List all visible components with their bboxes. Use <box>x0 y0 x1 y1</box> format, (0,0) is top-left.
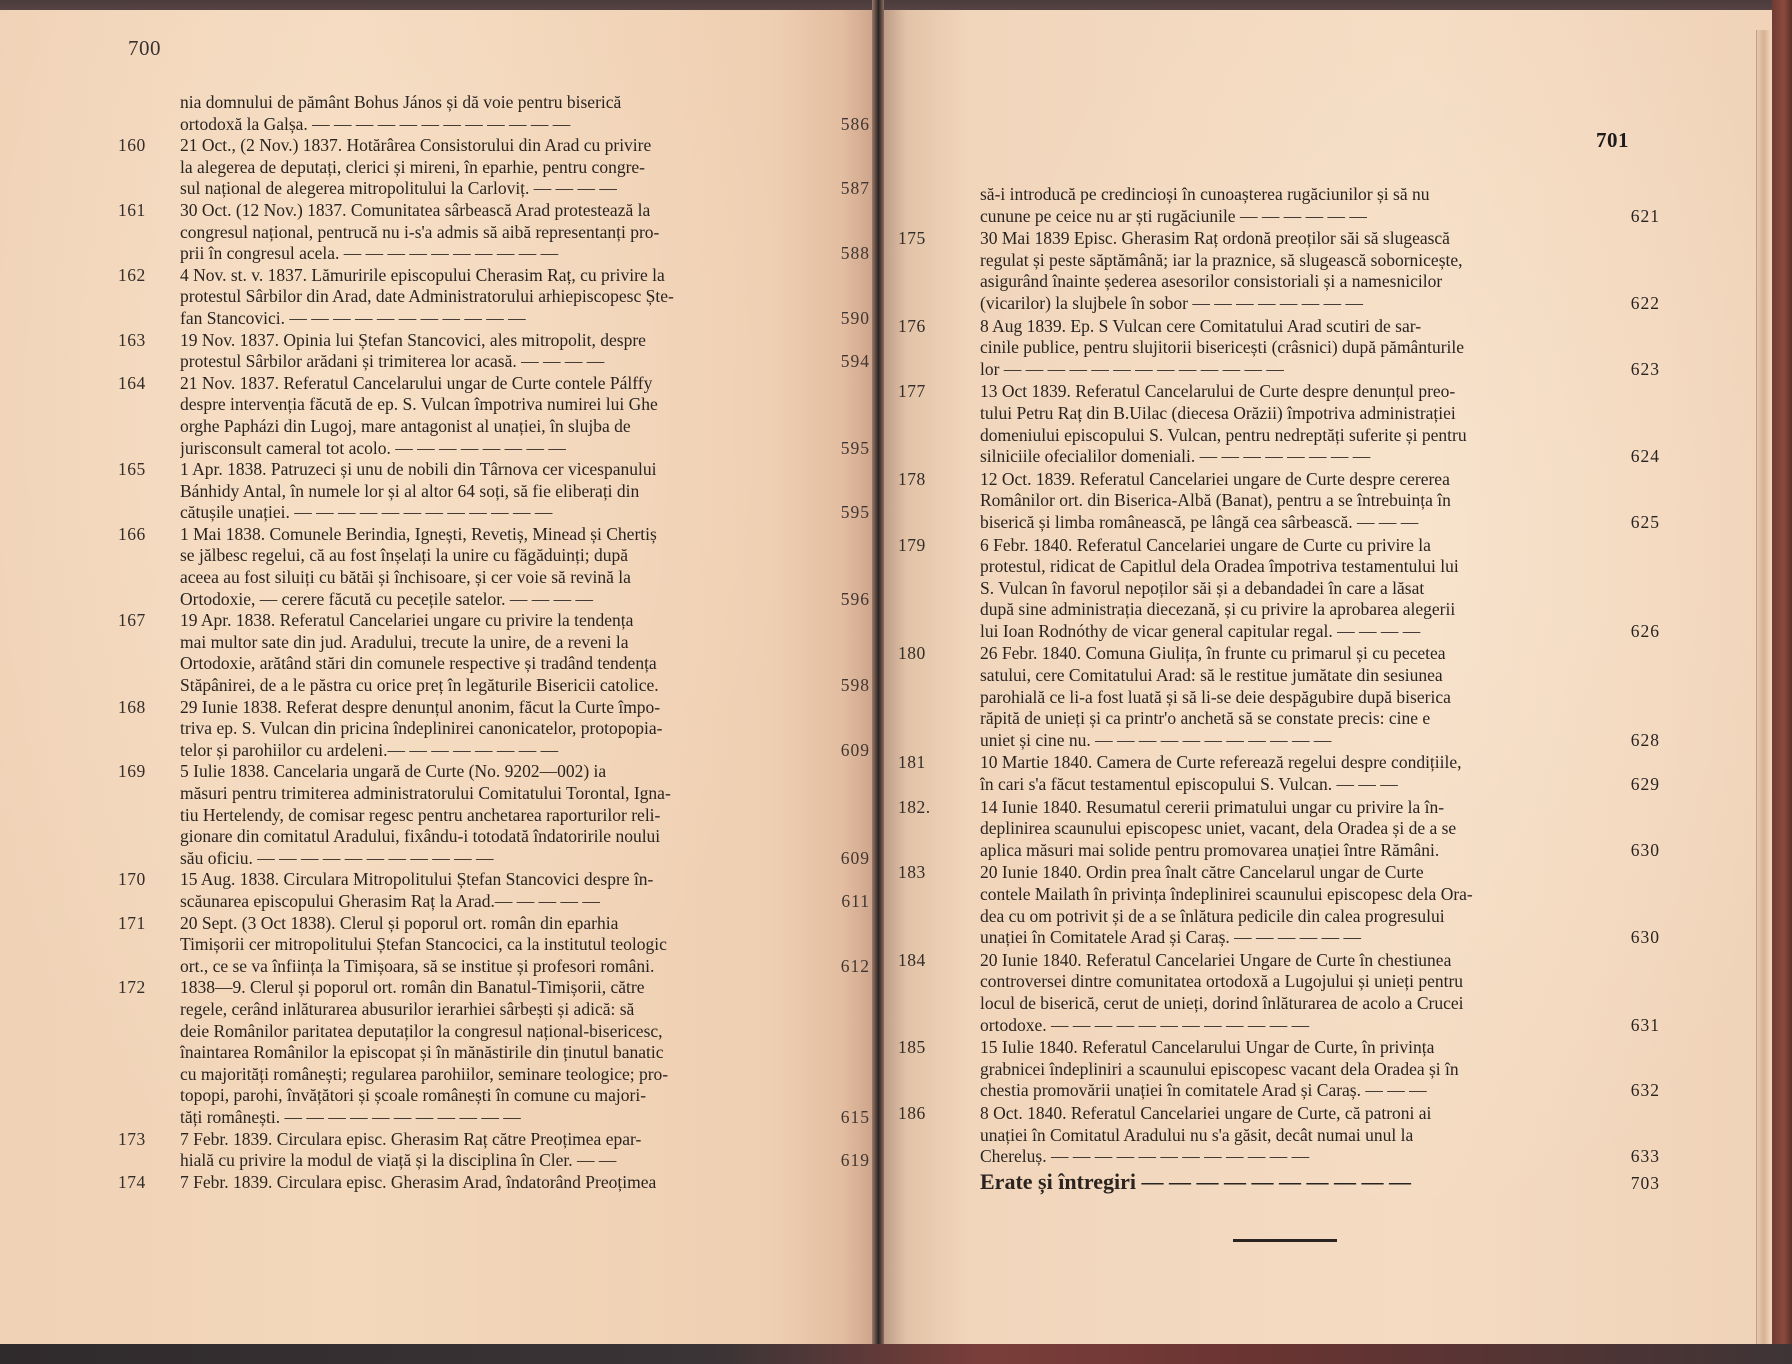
toc-entry: 178 12 Oct. 1839. Referatul Cancelariei … <box>980 469 1630 534</box>
entry-number: 174 <box>118 1172 180 1193</box>
entry-number: 165 <box>118 459 180 480</box>
entry-number: 171 <box>118 913 180 934</box>
toc-entry: 174 7 Febr. 1839. Circulara episc. Ghera… <box>118 1172 818 1194</box>
entry-page-ref: 624 <box>1631 446 1660 468</box>
toc-entry: 185 15 Iulie 1840. Referatul Cancelarulu… <box>980 1037 1630 1102</box>
entry-number: 175 <box>898 228 958 249</box>
entry-text: 21 Nov. 1837. Referatul Cancelarului ung… <box>180 373 818 459</box>
entry-text: 8 Aug 1839. Ep. S Vulcan cere Comitatulu… <box>980 316 1630 381</box>
entry-number: 173 <box>118 1129 180 1150</box>
toc-entry: 172 1838—9. Clerul și poporul ort. român… <box>118 977 818 1128</box>
entry-number: 180 <box>898 643 958 664</box>
entry-number: 169 <box>118 761 180 782</box>
entry-text: 1 Mai 1838. Comunele Berindia, Ignești, … <box>180 524 818 610</box>
toc-list-left: nia domnului de pământ Bohus János și dă… <box>118 92 818 1193</box>
entry-page-ref: 625 <box>1631 512 1660 534</box>
closing-rule-divider <box>1233 1239 1337 1242</box>
entry-text: 4 Nov. st. v. 1837. Lămuririle episcopul… <box>180 265 818 330</box>
toc-entry: 181 10 Martie 1840. Camera de Curte refe… <box>980 752 1630 795</box>
entry-text: 21 Oct., (2 Nov.) 1837. Hotărârea Consis… <box>180 135 818 200</box>
toc-entry: 170 15 Aug. 1838. Circulara Mitropolitul… <box>118 869 818 912</box>
book-cover-bottom-edge <box>0 1344 1792 1364</box>
entry-number: 167 <box>118 610 180 631</box>
entry-number: 181 <box>898 752 958 773</box>
entry-number: 184 <box>898 950 958 971</box>
entry-text: 12 Oct. 1839. Referatul Cancelariei unga… <box>980 469 1630 534</box>
toc-entry: 179 6 Febr. 1840. Referatul Cancelariei … <box>980 535 1630 643</box>
entry-text: 15 Aug. 1838. Circulara Mitropolitului Ș… <box>180 869 818 912</box>
entry-text: 19 Nov. 1837. Opinia lui Ștefan Stancovi… <box>180 330 818 373</box>
toc-entry: 182. 14 Iunie 1840. Resumatul cererii pr… <box>980 797 1630 862</box>
toc-entry: 163 19 Nov. 1837. Opinia lui Ștefan Stan… <box>118 330 818 373</box>
entry-number: 163 <box>118 330 180 351</box>
entry-number: 160 <box>118 135 180 156</box>
toc-entry: nia domnului de pământ Bohus János și dă… <box>118 92 818 135</box>
entry-text: 1 Apr. 1838. Patruzeci și unu de nobili … <box>180 459 818 524</box>
entry-text: 13 Oct 1839. Referatul Cancelarului de C… <box>980 381 1630 467</box>
toc-entry: 168 29 Iunie 1838. Referat despre denunț… <box>118 697 818 762</box>
errata-entry: Erate și întregiri — — — — — — — — — — 7… <box>980 1169 1630 1195</box>
entry-page-ref: 615 <box>841 1107 870 1129</box>
toc-entry: 176 8 Aug 1839. Ep. S Vulcan cere Comita… <box>980 316 1630 381</box>
entry-number: 185 <box>898 1037 958 1058</box>
entry-page-ref: 612 <box>841 956 870 978</box>
entry-text: 30 Mai 1839 Episc. Gherasim Raț ordonă p… <box>980 228 1630 314</box>
entry-number: 183 <box>898 862 958 883</box>
entry-page-ref: 630 <box>1631 927 1660 949</box>
entry-text: 30 Oct. (12 Nov.) 1837. Comunitatea sârb… <box>180 200 818 265</box>
entry-page-ref: 630 <box>1631 840 1660 862</box>
entry-text: 7 Febr. 1839. Circulara episc. Gherasim … <box>180 1172 818 1194</box>
entry-text: să-i introducă pe credincioși în cunoașt… <box>980 184 1630 227</box>
entry-text: 19 Apr. 1838. Referatul Cancelariei unga… <box>180 610 818 696</box>
entry-text: 5 Iulie 1838. Cancelaria ungară de Curte… <box>180 761 818 869</box>
toc-entry: 166 1 Mai 1838. Comunele Berindia, Igneș… <box>118 524 818 610</box>
entry-page-ref: 631 <box>1631 1015 1660 1037</box>
toc-entry: 184 20 Iunie 1840. Referatul Cancelariei… <box>980 950 1630 1036</box>
book-gutter <box>872 0 884 1364</box>
entry-number: 176 <box>898 316 958 337</box>
entry-page-ref: 595 <box>841 502 870 524</box>
entry-number: 186 <box>898 1103 958 1124</box>
entry-number: 179 <box>898 535 958 556</box>
entry-text: 8 Oct. 1840. Referatul Cancelariei ungar… <box>980 1103 1630 1168</box>
entry-number: 177 <box>898 381 958 402</box>
entry-number: 164 <box>118 373 180 394</box>
entry-page-ref: 611 <box>841 891 870 913</box>
errata-label: Erate și întregiri — — — — — — — — — — <box>980 1169 1630 1195</box>
entry-number: 168 <box>118 697 180 718</box>
entry-number: 170 <box>118 869 180 890</box>
errata-page-ref: 703 <box>1631 1173 1660 1195</box>
entry-page-ref: 622 <box>1631 293 1660 315</box>
entry-page-ref: 619 <box>841 1150 870 1172</box>
entry-page-ref: 594 <box>841 351 870 373</box>
entry-text: 1838—9. Clerul și poporul ort. român din… <box>180 977 818 1128</box>
toc-entry: 180 26 Febr. 1840. Comuna Giulița, în fr… <box>980 643 1630 751</box>
entry-page-ref: 590 <box>841 308 870 330</box>
entry-number: 162 <box>118 265 180 286</box>
entry-page-ref: 609 <box>841 740 870 762</box>
entry-text: 20 Iunie 1840. Referatul Cancelariei Ung… <box>980 950 1630 1036</box>
entry-page-ref: 628 <box>1631 730 1660 752</box>
toc-entry: 169 5 Iulie 1838. Cancelaria ungară de C… <box>118 761 818 869</box>
toc-entry: 177 13 Oct 1839. Referatul Cancelarului … <box>980 381 1630 467</box>
entry-page-ref: 595 <box>841 438 870 460</box>
toc-entry: 183 20 Iunie 1840. Ordin prea înalt cătr… <box>980 862 1630 948</box>
book-cover-right-edge <box>1772 0 1792 1364</box>
toc-entry: 161 30 Oct. (12 Nov.) 1837. Comunitatea … <box>118 200 818 265</box>
toc-entry: 160 21 Oct., (2 Nov.) 1837. Hotărârea Co… <box>118 135 818 200</box>
entry-page-ref: 598 <box>841 675 870 697</box>
entry-page-ref: 629 <box>1631 774 1660 796</box>
entry-text: 26 Febr. 1840. Comuna Giulița, în frunte… <box>980 643 1630 751</box>
entry-text: 20 Iunie 1840. Ordin prea înalt către Ca… <box>980 862 1630 948</box>
entry-text: 15 Iulie 1840. Referatul Cancelarului Un… <box>980 1037 1630 1102</box>
entry-number: 172 <box>118 977 180 998</box>
entry-number: 161 <box>118 200 180 221</box>
entry-text: 6 Febr. 1840. Referatul Cancelariei unga… <box>980 535 1630 643</box>
entry-page-ref: 633 <box>1631 1146 1660 1168</box>
entry-page-ref: 609 <box>841 848 870 870</box>
toc-list-right: să-i introducă pe credincioși în cunoașt… <box>980 184 1630 1196</box>
toc-entry: 167 19 Apr. 1838. Referatul Cancelariei … <box>118 610 818 696</box>
page-number-right: 701 <box>1596 128 1629 153</box>
entry-number: 178 <box>898 469 958 490</box>
entry-page-ref: 623 <box>1631 359 1660 381</box>
entry-text: 20 Sept. (3 Oct 1838). Clerul și poporul… <box>180 913 818 978</box>
toc-entry: 175 30 Mai 1839 Episc. Gherasim Raț ordo… <box>980 228 1630 314</box>
toc-entry: 162 4 Nov. st. v. 1837. Lămuririle episc… <box>118 265 818 330</box>
entry-page-ref: 588 <box>841 243 870 265</box>
entry-page-ref: 626 <box>1631 621 1660 643</box>
toc-entry: 164 21 Nov. 1837. Referatul Cancelarului… <box>118 373 818 459</box>
entry-page-ref: 587 <box>841 178 870 200</box>
entry-number: 166 <box>118 524 180 545</box>
entry-number: 182. <box>898 797 958 818</box>
entry-text: 14 Iunie 1840. Resumatul cererii primatu… <box>980 797 1630 862</box>
entry-page-ref: 596 <box>841 589 870 611</box>
entry-page-ref: 621 <box>1631 206 1660 228</box>
entry-text: nia domnului de pământ Bohus János și dă… <box>180 92 818 135</box>
entry-page-ref: 632 <box>1631 1080 1660 1102</box>
entry-text: 29 Iunie 1838. Referat despre denunțul a… <box>180 697 818 762</box>
entry-text: 7 Febr. 1839. Circulara episc. Gherasim … <box>180 1129 818 1172</box>
toc-entry: 171 20 Sept. (3 Oct 1838). Clerul și pop… <box>118 913 818 978</box>
toc-entry: 186 8 Oct. 1840. Referatul Cancelariei u… <box>980 1103 1630 1168</box>
entry-text: 10 Martie 1840. Camera de Curte refereaz… <box>980 752 1630 795</box>
entry-page-ref: 586 <box>841 114 870 136</box>
toc-entry: 165 1 Apr. 1838. Patruzeci și unu de nob… <box>118 459 818 524</box>
toc-entry: să-i introducă pe credincioși în cunoașt… <box>980 184 1630 227</box>
page-number-left: 700 <box>128 36 161 61</box>
toc-entry: 173 7 Febr. 1839. Circulara episc. Ghera… <box>118 1129 818 1172</box>
page-block-edge <box>1756 30 1771 1350</box>
